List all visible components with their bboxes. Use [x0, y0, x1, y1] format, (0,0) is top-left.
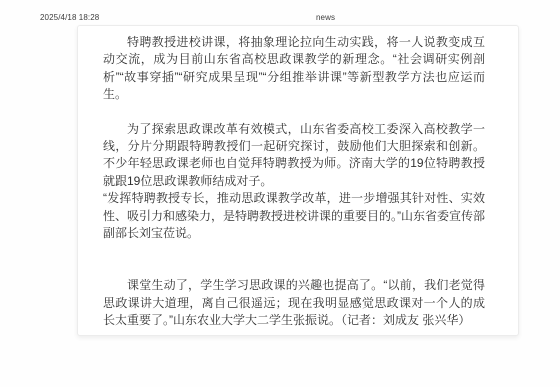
article-page: 特聘教授进校讲课，将抽象理论拉向生动实践，将一人说教变成互动交流，成为目前山东省…	[77, 25, 519, 336]
print-header-title: news	[316, 13, 335, 22]
article-paragraph-1: 特聘教授进校讲课，将抽象理论拉向生动实践，将一人说教变成互动交流，成为目前山东省…	[103, 34, 485, 104]
print-header-datetime: 2025/4/18 18:28	[40, 13, 99, 22]
article-paragraph-4: 课堂生动了，学生学习思政课的兴趣也提高了。“以前，我们老觉得思政课讲大道理，离自…	[103, 277, 485, 329]
article-paragraph-2: 为了探索思政课改革有效模式，山东省委高校工委深入高校教学一线，分片分期跟特聘教授…	[103, 121, 485, 191]
article-paragraph-3: “发挥特聘教授专长，推动思政课教学改革，进一步增强其针对性、实效性、吸引力和感染…	[103, 190, 485, 242]
